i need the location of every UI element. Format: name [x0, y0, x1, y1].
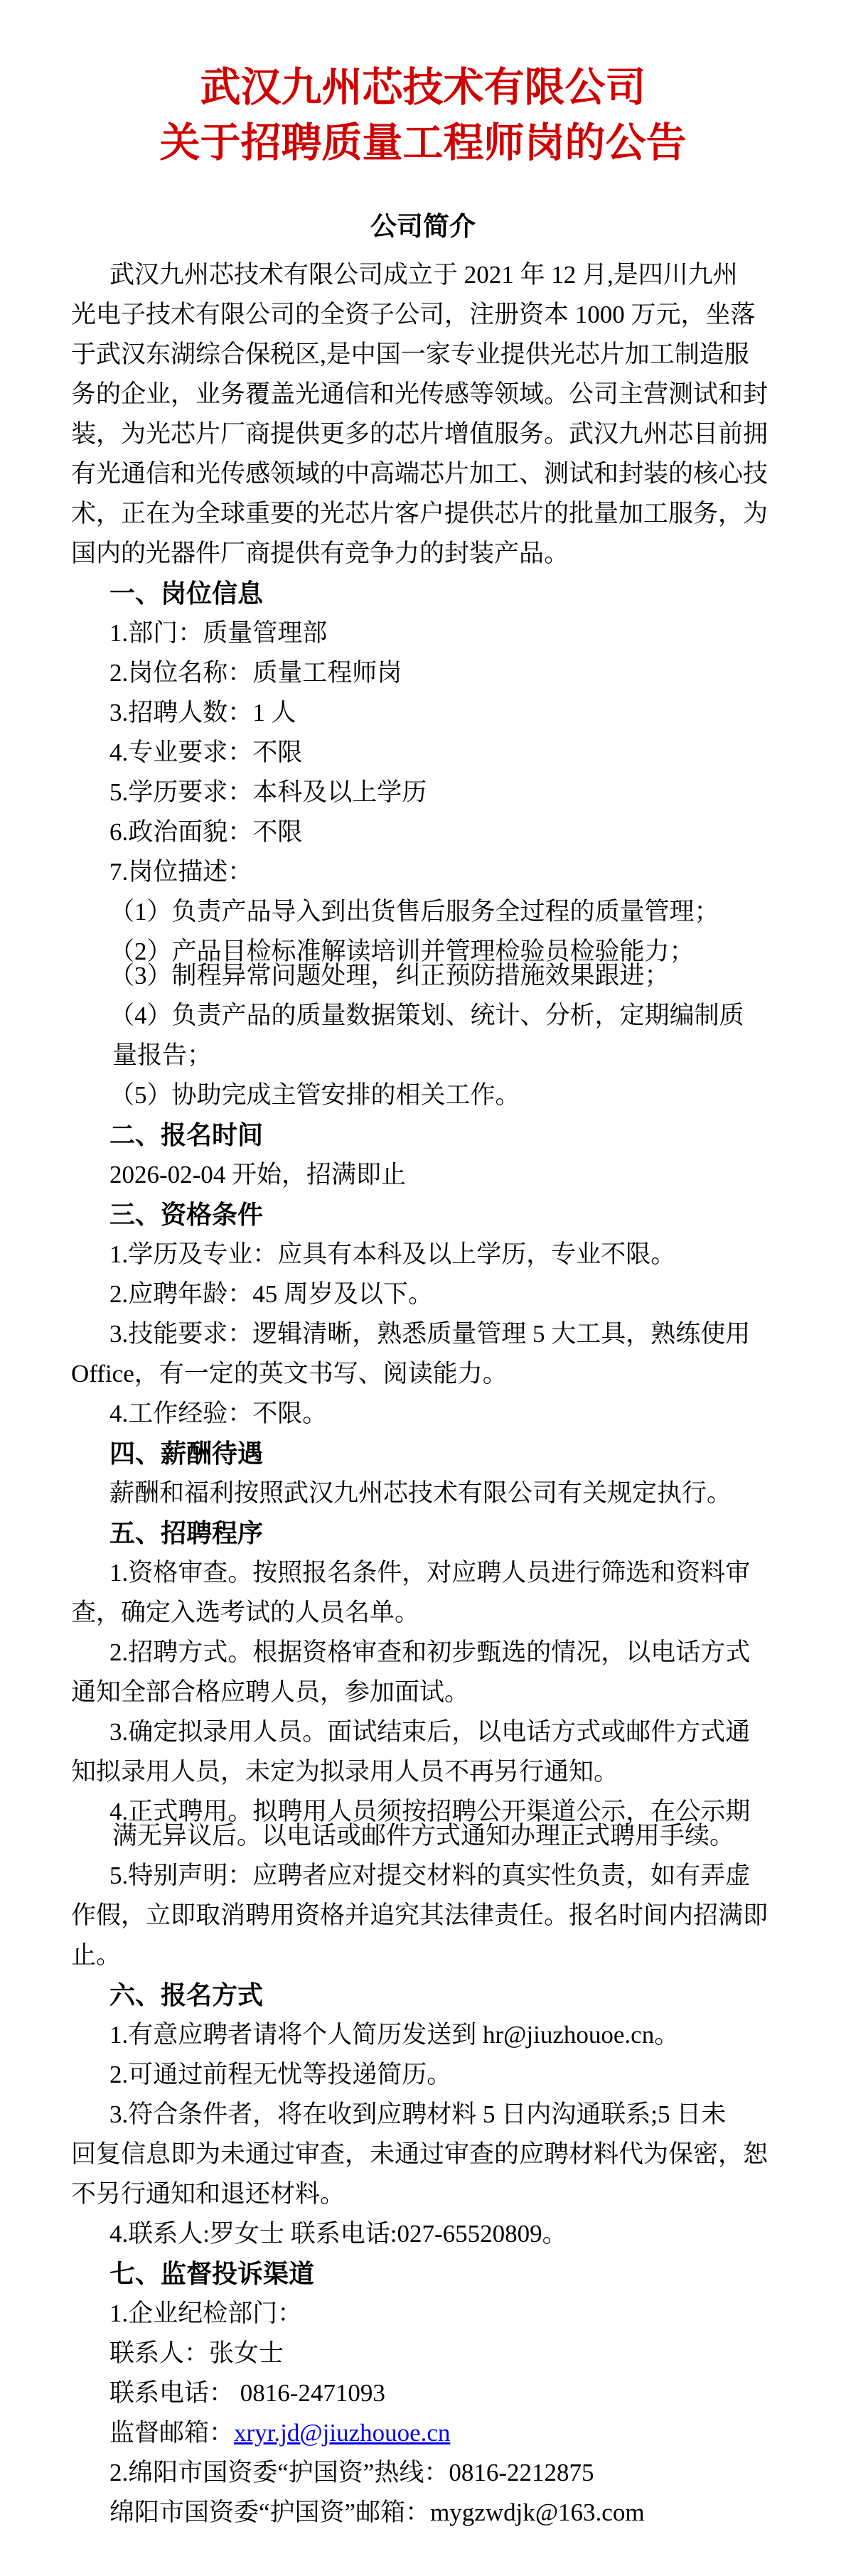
text-line: 1.部门：质量管理部: [71, 613, 775, 653]
text-line: 2.绵阳市国资委“护国资”热线：0816-2212875: [71, 2453, 775, 2493]
text-line: 5.特别声明：应聘者应对提交材料的真实性负责，如有弄虚: [71, 1856, 775, 1896]
text-line: 联系电话： 0816-2471093: [71, 2373, 775, 2413]
text-line: 2.可通过前程无忧等投递简历。: [71, 2055, 775, 2095]
text-line: 3.招聘人数：1 人: [71, 693, 775, 733]
text-line: 1.企业纪检部门：: [71, 2294, 775, 2334]
section-heading: 一、岗位信息: [71, 574, 775, 613]
text-line: 3.符合条件者，将在收到应聘材料 5 日内沟通联系;5 日未: [71, 2095, 775, 2135]
text-line: 止。: [71, 1936, 775, 1975]
text-line: 5.学历要求：本科及以上学历: [71, 773, 775, 812]
text-line: （1）负责产品导入到出货售后服务全过程的质量管理；: [71, 892, 775, 932]
text-line: 量报告；: [71, 1036, 775, 1075]
text-line: 6.政治面貌：不限: [71, 812, 775, 852]
text-line: 光电子技术有限公司的全资子公司，注册资本 1000 万元，坐落: [71, 295, 775, 335]
text-line: 武汉九州芯技术有限公司成立于 2021 年 12 月,是四川九州: [71, 255, 775, 295]
section-heading: 六、报名方式: [71, 1975, 775, 2015]
text-line: 回复信息即为未通过审查，未通过审查的应聘材料代为保密，恕: [71, 2135, 775, 2174]
doc-title-line1: 武汉九州芯技术有限公司: [71, 60, 775, 116]
text-line: 术，正在为全球重要的光芯片客户提供芯片的批量加工服务，为: [71, 494, 775, 534]
text-line: 4.专业要求：不限: [71, 733, 775, 773]
section-heading: 七、监督投诉渠道: [71, 2254, 775, 2294]
text-line: 3.确定拟录用人员。面试结束后，以电话方式或邮件方式通: [71, 1712, 775, 1752]
section-heading: 三、资格条件: [71, 1195, 775, 1235]
text-line: 3.技能要求：逻辑清晰，熟悉质量管理 5 大工具，熟练使用: [71, 1314, 775, 1354]
text-line: 2.岗位名称：质量工程师岗: [71, 653, 775, 693]
text-line: （3）制程异常问题处理，纠正预防措施效果跟进；: [71, 956, 775, 996]
text-line: 2026-02-04 开始，招满即止: [71, 1155, 775, 1195]
section-heading: 二、报名时间: [71, 1115, 775, 1155]
text-line: 满无异议后。以电话或邮件方式通知办理正式聘用手续。: [71, 1816, 775, 1856]
text-line: 查，确定入选考试的人员名单。: [71, 1593, 775, 1633]
text-line: 1.学历及专业：应具有本科及以上学历，专业不限。: [71, 1235, 775, 1274]
text-line: 于武汉东湖综合保税区,是中国一家专业提供光芯片加工制造服: [71, 335, 775, 375]
text-line: （4）负责产品的质量数据策划、统计、分析，定期编制质: [71, 996, 775, 1036]
text-line: 不另行通知和退还材料。: [71, 2174, 775, 2214]
text-line: 作假，立即取消聘用资格并追究其法律责任。报名时间内招满即: [71, 1896, 775, 1936]
text-line: 薪酬和福利按照武汉九州芯技术有限公司有关规定执行。: [71, 1474, 775, 1513]
text-line: 务的企业，业务覆盖光通信和光传感等领域。公司主营测试和封: [71, 375, 775, 414]
text-line: 1.资格审查。按照报名条件，对应聘人员进行筛选和资料审: [71, 1553, 775, 1593]
text-line: 2.招聘方式。根据资格审查和初步甄选的情况，以电话方式: [71, 1633, 775, 1673]
text-line: 装，为光芯片厂商提供更多的芯片增值服务。武汉九州芯目前拥: [71, 414, 775, 454]
company-intro-heading: 公司简介: [71, 207, 775, 247]
text-line: 4.联系人:罗女士 联系电话:027-65520809。: [71, 2214, 775, 2254]
text-line: 监督邮箱：xryr.jd@jiuzhouoe.cn: [71, 2413, 775, 2453]
text-line: 国内的光器件厂商提供有竞争力的封装产品。: [71, 534, 775, 574]
text-line: 通知全部合格应聘人员，参加面试。: [71, 1673, 775, 1712]
doc-title: 武汉九州芯技术有限公司 关于招聘质量工程师岗的公告: [71, 60, 775, 171]
line-label: 监督邮箱：: [109, 2419, 234, 2447]
text-line: （5）协助完成主管安排的相关工作。: [71, 1075, 775, 1115]
document-lines: 武汉九州芯技术有限公司成立于 2021 年 12 月,是四川九州光电子技术有限公…: [71, 255, 775, 2533]
text-line: 2.应聘年龄：45 周岁及以下。: [71, 1274, 775, 1314]
text-line: 1.有意应聘者请将个人简历发送到 hr@jiuzhouoe.cn。: [71, 2015, 775, 2055]
text-line: Office，有一定的英文书写、阅读能力。: [71, 1354, 775, 1394]
supervision-email-link[interactable]: xryr.jd@jiuzhouoe.cn: [234, 2419, 450, 2447]
section-heading: 五、招聘程序: [71, 1513, 775, 1553]
text-line: 知拟录用人员，未定为拟录用人员不再另行通知。: [71, 1752, 775, 1792]
announcement-document: 武汉九州芯技术有限公司 关于招聘质量工程师岗的公告 公司简介 武汉九州芯技术有限…: [0, 60, 846, 2533]
doc-title-line2: 关于招聘质量工程师岗的公告: [71, 116, 775, 171]
text-line: 4.工作经验：不限。: [71, 1394, 775, 1434]
text-line: 7.岗位描述：: [71, 852, 775, 892]
text-line: 有光通信和光传感领域的中高端芯片加工、测试和封装的核心技: [71, 454, 775, 494]
text-line: 绵阳市国资委“护国资”邮箱：mygzwdjk@163.com: [71, 2493, 775, 2533]
text-line: 联系人：张女士: [71, 2334, 775, 2373]
section-heading: 四、薪酬待遇: [71, 1434, 775, 1474]
